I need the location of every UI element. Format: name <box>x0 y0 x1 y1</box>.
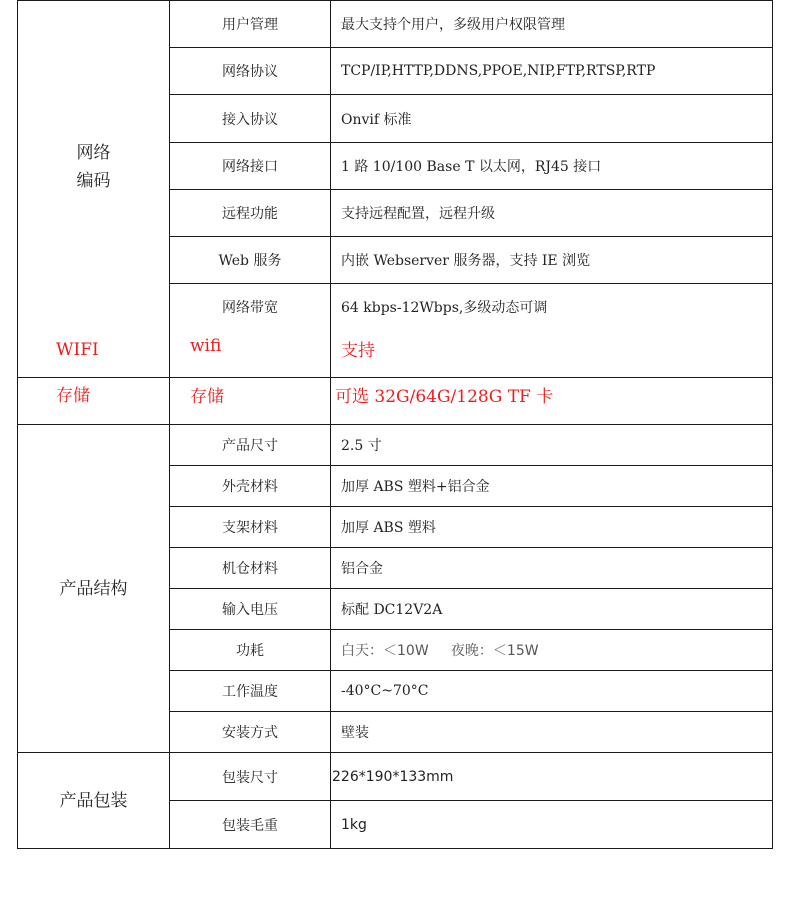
row-label: 工作温度 <box>169 670 331 712</box>
row-value: 支持远程配置，远程升级 <box>330 189 773 237</box>
row-label: 网络协议 <box>169 47 331 95</box>
row-label: 网络带宽 <box>169 283 331 333</box>
row-label: 包装毛重 <box>169 800 331 849</box>
row-label: 网络接口 <box>169 142 331 190</box>
row-value: 2.5 寸 <box>330 424 773 466</box>
category-product-packaging: 产品包装 <box>17 752 170 849</box>
row-value: 铝合金 <box>330 547 773 589</box>
row-label: 存储 <box>169 377 331 425</box>
category-line: 编码 <box>77 167 111 195</box>
row-value: TCP/IP,HTTP,DDNS,PPOE,NIP,FTP,RTSP,RTP <box>330 47 773 95</box>
row-label: 产品尺寸 <box>169 424 331 466</box>
row-value: 64 kbps-12Wbps,多级动态可调 <box>330 283 773 333</box>
row-value: 支持 <box>330 332 773 378</box>
row-label: 接入协议 <box>169 94 331 143</box>
row-value: -40°C~70°C <box>330 670 773 712</box>
row-value: Onvif 标准 <box>330 94 773 143</box>
category-network-encoding: 网络 编码 <box>17 0 170 333</box>
row-value: 加厚 ABS 塑料 <box>330 506 773 548</box>
row-label: 安装方式 <box>169 711 331 753</box>
row-label: 支架材料 <box>169 506 331 548</box>
row-label: 包装尺寸 <box>169 752 331 801</box>
row-label: 机仓材料 <box>169 547 331 589</box>
row-label: 功耗 <box>169 629 331 671</box>
row-value: 226*190*133mm <box>330 752 773 801</box>
row-label: 输入电压 <box>169 588 331 630</box>
row-value: 加厚 ABS 塑料+铝合金 <box>330 465 773 507</box>
row-value: 1 路 10/100 Base T 以太网，RJ45 接口 <box>330 142 773 190</box>
row-value: 内嵌 Webserver 服务器，支持 IE 浏览 <box>330 236 773 284</box>
row-label: wifi <box>169 332 331 378</box>
row-value: 1kg <box>330 800 773 849</box>
row-label: 外壳材料 <box>169 465 331 507</box>
row-value: 白天：＜10W 夜晚：＜15W <box>330 629 773 671</box>
category-line: 网络 <box>77 139 111 167</box>
row-label: 用户管理 <box>169 0 331 48</box>
row-value: 标配 DC12V2A <box>330 588 773 630</box>
row-label: 远程功能 <box>169 189 331 237</box>
category-product-structure: 产品结构 <box>17 424 170 753</box>
row-value: 最大支持个用户，多级用户权限管理 <box>330 0 773 48</box>
row-label: Web 服务 <box>169 236 331 284</box>
row-value: 可选 32G/64G/128G TF 卡 <box>330 377 773 425</box>
category-wifi: WIFI <box>17 332 170 378</box>
category-storage: 存储 <box>17 377 170 425</box>
row-value: 壁装 <box>330 711 773 753</box>
